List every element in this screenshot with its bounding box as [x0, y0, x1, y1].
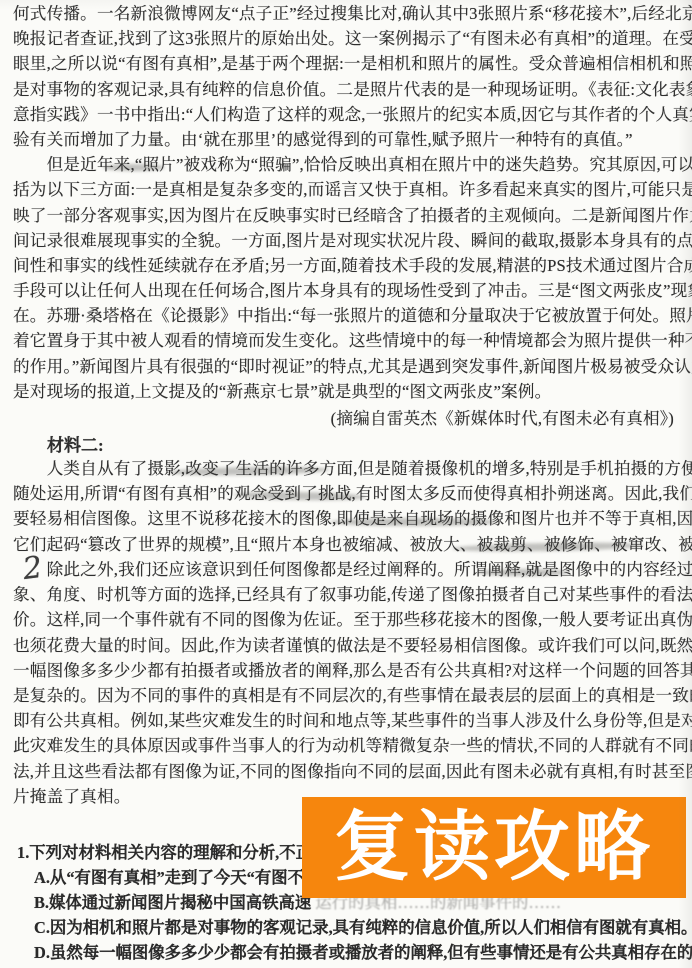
text-line: 是对现场的报道,上文提及的“新燕京七景”就是典型的“图文两张皮”案例。: [13, 379, 684, 404]
text-line: 映了一部分客观事实,因为图片在反映事实时已经暗含了拍摄者的主观倾向。二是新闻图片…: [13, 203, 684, 228]
text-line: 除此之外,我们还应该意识到任何图像都是经过阐释的。所谓阐释,就是图像中的内容经过…: [13, 557, 684, 582]
text-line: 但是近年来,“照片”被戏称为“照骗”,恰恰反映出真相在照片中的迷失趋势。究其原因…: [13, 152, 684, 177]
option-a-text: A.从“有图有真相”走到了今天“有图不一: [34, 868, 320, 887]
question-1-option-d: D.虽然每一幅图像多多少少都会有拍摄者或播放者的阐释,但有些事情还是有公共真相存…: [17, 940, 686, 965]
text-line: 验有关而增加了力量。由‘就在那里’的感觉得到的可靠性,赋予照片一种特有的真值。”: [13, 127, 684, 152]
text-line: 即有公共真相。例如,某些灾难发生的时间和地点等,某些事件的当事人涉及什么身份等,…: [13, 708, 684, 733]
text-line: 间记录很难展现事实的全貌。一方面,图片是对现实状况片段、瞬间的截取,摄影本身具有…: [13, 228, 684, 253]
text-line: 何式传播。一名新浪微博网友“点子正”经过搜集比对,确认其中3张照片系“移花接木”…: [13, 1, 684, 26]
text-line: 此灾难发生的具体原因或事件当事人的行为动机等精微复杂一些的情状,不同的人群就有不…: [13, 733, 684, 758]
text-line: 人类自从有了摄影,改变了生活的许多方面,但是随着摄像机的增多,特别是手机拍摄的方…: [13, 456, 684, 481]
material-1-paragraphs: 何式传播。一名新浪微博网友“点子正”经过搜集比对,确认其中3张照片系“移花接木”…: [13, 1, 684, 404]
text-line: 晚报记者查证,找到了这3张照片的原始出处。这一案例揭示了“有图未必有真相”的道理…: [13, 26, 684, 51]
material-2-heading: 材料二:: [47, 433, 104, 458]
text-line: 象、角度、时机等方面的选择,已经具有了叙事功能,传递了图像拍摄者自己对某些事件的…: [13, 582, 684, 607]
question-1-stem-text: 1.下列对材料相关内容的理解和分析,不正: [17, 843, 312, 862]
text-line: 括为以下三方面:一是真相是复杂多变的,而谣言又快于真相。许多看起来真实的图片,可…: [13, 177, 684, 202]
text-line: 价。这样,同一个事件就有不同的图像为佐证。至于那些移花接木的图像,一般人要考证出…: [13, 607, 684, 632]
text-line: 要轻易相信图像。这里不说移花接木的图像,即使是来自现场的摄像和图片也并不等于真相…: [13, 506, 684, 531]
option-d-text: D.虽然每一幅图像多多少少都会有拍摄者或播放者的阐释,但有些事情还是有公共真相存…: [34, 943, 692, 962]
option-c-text: C.因为相机和照片都是对事物的客观记录,具有纯粹的信息价值,所以人们相信有图就有…: [34, 918, 692, 937]
text-line: 间性和事实的线性延续就存在矛盾;另一方面,随着技术手段的发展,精湛的PS技术通过…: [13, 253, 684, 278]
promo-banner-text: 复读攻略: [334, 810, 654, 886]
promo-banner: 复读攻略: [302, 797, 686, 898]
material-2-paragraph-2: 除此之外,我们还应该意识到任何图像都是经过阐释的。所谓阐释,就是图像中的内容经过…: [13, 557, 684, 809]
text-line: 随处运用,所谓“有图有真相”的观念受到了挑战,有时图太多反而使得真相扑朔迷离。因…: [13, 481, 684, 506]
handwritten-margin-note: 2: [21, 550, 44, 587]
material-2-paragraph-1: 人类自从有了摄影,改变了生活的许多方面,但是随着摄像机的增多,特别是手机拍摄的方…: [13, 456, 684, 557]
text-line: 是复杂的。因为不同的事件的真相是有不同层次的,有些事情在最表层的层面上的真相是一…: [13, 683, 684, 708]
text-line: 意指实践》一书中指出:“人们构造了这样的观念,一张照片的纪实本质,因它与其作者的…: [13, 102, 684, 127]
text-line: 手段可以让任何人出现在任何场合,图片本身具有的现场性受到了冲击。三是“图文两张皮…: [13, 278, 684, 303]
text-line: 是对事物的客观记录,具有纯粹的信息价值。二是照片代表的是一种现场证明。《表征:文…: [13, 77, 684, 102]
question-1-option-c: C.因为相机和照片都是对事物的客观记录,具有纯粹的信息价值,所以人们相信有图就有…: [17, 915, 686, 940]
material-1-citation: (摘编自雷英杰《新媒体时代,有图未必有真相》): [13, 406, 674, 431]
text-line: 眼里,之所以说“有图有真相”,是基于两个理据:一是相机和照片的属性。受众普遍相信…: [13, 51, 684, 76]
text-line: 在。苏珊·桑塔格在《论摄影》中指出:“每一张照片的道德和分量取决于它被放置于何处…: [13, 303, 684, 328]
option-b-text: B.媒体通过新闻图片揭秘中国高铁高速: [34, 893, 311, 912]
text-line: 着它置身于其中被人观看的情境而发生变化。这些情境中的每一种情境都会为照片提供一种…: [13, 328, 684, 353]
text-line: 一幅图像多多少少都有拍摄者或播放者的阐释,那么是否有公共真相?对这样一个问题的回…: [13, 658, 684, 683]
text-line: 它们起码“篡改了世界的规模”,且“照片本身也被缩减、被放大、被裁剪、被修饰、被窜…: [13, 532, 684, 557]
text-line: 法,并且这些看法都有图像为证,不同的图像指向不同的层面,因此有图未必就有真相,有…: [13, 759, 684, 784]
exam-scan-page: 何式传播。一名新浪微博网友“点子正”经过搜集比对,确认其中3张照片系“移花接木”…: [0, 0, 692, 968]
text-line: 也须花费大量的时间。因此,作为读者谨慎的做法是不要轻易相信图像。或许我们可以问,…: [13, 633, 684, 658]
text-line: 的作用。”新闻图片具有很强的“即时视证”的特点,尤其是遇到突发事件,新闻图片极易…: [13, 354, 684, 379]
